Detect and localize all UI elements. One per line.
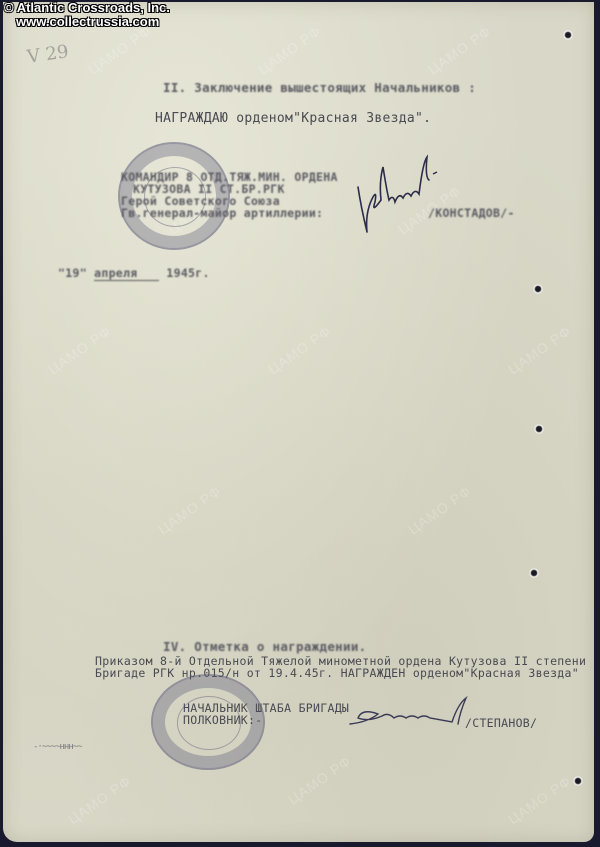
copyright-text: © Atlantic Crossroads, Inc. (4, 1, 170, 15)
punch-hole (573, 776, 583, 786)
tiled-watermark: ЦАМО РФ (265, 323, 334, 378)
punch-hole (533, 284, 543, 294)
order-line: Бригаде РГК нр.015/н от 19.4.45г. НАГРАЖ… (95, 666, 579, 680)
chief-of-staff-rank: ПОЛКОВНИК:- (183, 713, 262, 727)
tiled-watermark: ЦАМО РФ (405, 483, 474, 538)
tiled-watermark: ЦАМО РФ (85, 23, 154, 78)
tiled-watermark: ЦАМО РФ (285, 753, 354, 808)
chief-of-staff-name: /СТЕПАНОВ/ (465, 716, 537, 730)
section-iv-heading: IV. Отметка о награждении. (163, 639, 366, 654)
punch-hole (534, 424, 544, 434)
document-date: "19" апреля 1945г. (58, 266, 210, 281)
chief-of-staff-signature (348, 694, 473, 734)
pencil-mark: -·~~~~ннн~~ (33, 742, 82, 752)
commander-signature (353, 152, 443, 237)
punch-hole (563, 30, 573, 40)
tiled-watermark: ЦАМО РФ (505, 323, 574, 378)
tiled-watermark: ЦАМО РФ (155, 483, 224, 538)
tiled-watermark: ЦАМО РФ (505, 773, 574, 828)
signatory-line: Гв.генерал-майор артиллерии: (121, 206, 323, 220)
tiled-watermark: ЦАМО РФ (65, 773, 134, 828)
tiled-watermark: ЦАМО РФ (45, 323, 114, 378)
tiled-watermark: ЦАМО РФ (255, 23, 324, 78)
archive-corner-mark: V 29 (26, 41, 70, 68)
date-month: апреля (94, 266, 159, 281)
section-ii-heading: II. Заключение вышестоящих Начальников : (163, 80, 476, 95)
tiled-watermark: ЦАМО РФ (425, 23, 494, 78)
watermark-url: www.collectrussia.com (4, 15, 170, 29)
signatory-name: /КОНСТАДОВ/- (428, 206, 515, 220)
copyright-watermark: © Atlantic Crossroads, Inc. www.collectr… (4, 1, 170, 29)
document-page: V 29 ЦАМО РФ ЦАМО РФ ЦАМО РФ ЦАМО РФ ЦАМ… (3, 2, 594, 842)
date-year: 1945г. (166, 266, 209, 280)
date-day: 19 (65, 266, 79, 280)
punch-hole (529, 568, 539, 578)
award-decision: НАГРАЖДАЮ орденом"Красная Звезда". (155, 111, 431, 126)
